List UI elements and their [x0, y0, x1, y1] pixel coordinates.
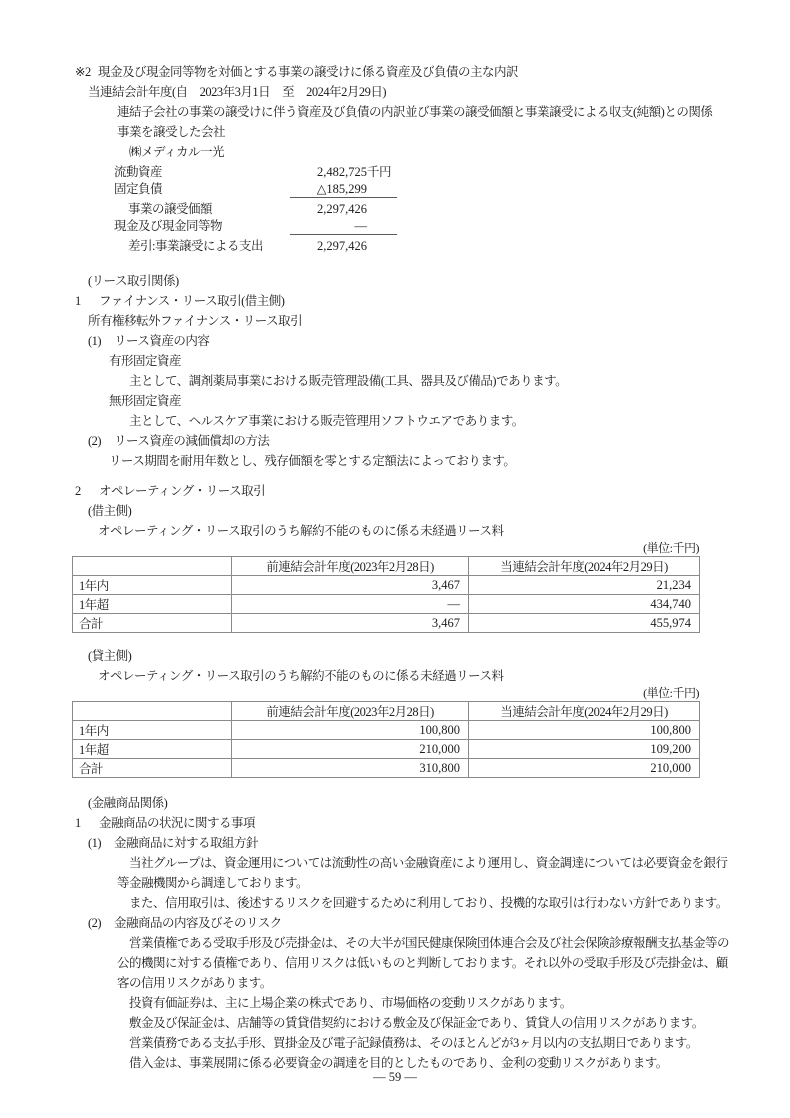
- intangible-assets-heading: 無形固定資産: [72, 391, 732, 411]
- risk-paragraph-line: 営業債権である受取手形及び売掛金は、その大半が国民健康保険団体連合会及び社会保険…: [72, 933, 732, 953]
- breakdown-row: 流動資産 2,482,725千円: [72, 164, 732, 181]
- table-cell: 210,000: [232, 740, 469, 759]
- operating-lease-heading: 2オペレーティング・リース取引: [72, 481, 732, 501]
- item-number: (2): [88, 913, 114, 933]
- row-label: 1年内: [73, 721, 232, 740]
- item-number: (1): [88, 331, 114, 351]
- policy-paragraph-line: また、信用取引は、後述するリスクを回避するために利用しており、投機的な取引は行わ…: [72, 893, 732, 913]
- page-content: ※2現金及び現金同等物を対価とする事業の譲受けに係る資産及び負債の主な内訳 当連…: [72, 62, 732, 1073]
- intangible-assets-text: 主として、ヘルスケア事業における販売管理用ソフトウエアであります。: [72, 411, 732, 431]
- risk-paragraph-line: 営業債務である支払手形、買掛金及び電子記録債務は、そのほとんどが3ヶ月以内の支払…: [72, 1033, 732, 1053]
- breakdown-label: 差引:事業譲受による支出: [128, 238, 263, 255]
- operating-lease-borrower-table: 前連結会計年度(2023年2月28日) 当連結会計年度(2024年2月29日) …: [72, 556, 700, 633]
- column-header-current-year: 当連結会計年度(2024年2月29日): [469, 557, 700, 576]
- row-label: 合計: [73, 759, 232, 778]
- financial-item2-heading: (2)金融商品の内容及びそのリスク: [72, 913, 732, 933]
- table-cell: 3,467: [232, 576, 469, 595]
- financial-status-heading: 1金融商品の状況に関する事項: [72, 813, 732, 833]
- transfer-note-title: 現金及び現金同等物を対価とする事業の譲受けに係る資産及び負債の主な内訳: [98, 65, 518, 79]
- risk-paragraph-line: 公的機関に対する債権であり、信用リスクは低いものと判断しております。それ以外の受…: [72, 953, 732, 973]
- table-corner-cell: [73, 702, 232, 721]
- table-cell: ―: [232, 595, 469, 614]
- item-number: (2): [88, 431, 114, 451]
- breakdown-value: 2,297,426: [290, 201, 367, 218]
- finance-lease-subheading: 所有権移転外ファイナンス・リース取引: [72, 311, 732, 331]
- acquired-company-name: ㈱メディカル一光: [72, 142, 732, 162]
- item-number: 1: [75, 813, 99, 833]
- column-header-previous-year: 前連結会計年度(2023年2月28日): [232, 702, 469, 721]
- item-number: 2: [75, 481, 99, 501]
- lease-section-heading: (リース取引関係): [72, 271, 732, 291]
- table-cell: 100,800: [232, 721, 469, 740]
- financial-section-heading: (金融商品関係): [72, 793, 732, 813]
- policy-paragraph-line: 当社グループは、資金運用については流動性の高い金融資産により運用し、資金調達につ…: [72, 853, 732, 873]
- breakdown-label: 事業の譲受価額: [128, 201, 212, 218]
- breakdown-row: 現金及び現金同等物 ―: [72, 218, 732, 238]
- table-row: 合計 310,800 210,000: [73, 759, 700, 778]
- unit-label: (単位:千円): [72, 687, 699, 700]
- risk-paragraph-line: 敷金及び保証金は、店舗等の賃貸借契約における敷金及び保証金であり、賃貸人の信用リ…: [72, 1013, 732, 1033]
- table-row: 1年超 210,000 109,200: [73, 740, 700, 759]
- table-row: 合計 3,467 455,974: [73, 614, 700, 633]
- row-label: 1年超: [73, 595, 232, 614]
- breakdown-row: 固定負債 △185,299: [72, 181, 732, 201]
- breakdown-value: △185,299: [290, 181, 367, 197]
- item-number: (1): [88, 833, 114, 853]
- breakdown-row: 差引:事業譲受による支出 2,297,426: [72, 238, 732, 255]
- table-row: 1年内 3,467 21,234: [73, 576, 700, 595]
- table-row: 1年内 100,800 100,800: [73, 721, 700, 740]
- lease-item1-heading: (1)リース資産の内容: [72, 331, 732, 351]
- risk-paragraph-line: 客の信用リスクがあります。: [72, 973, 732, 993]
- transfer-breakdown: 流動資産 2,482,725千円 固定負債 △185,299 事業の譲受価額 2…: [72, 164, 732, 255]
- page-number: ― 59 ―: [0, 1070, 790, 1085]
- tangible-assets-text: 主として、調剤薬局事業における販売管理設備(工具、器具及び備品)であります。: [72, 371, 732, 391]
- transfer-note-heading: ※2現金及び現金同等物を対価とする事業の譲受けに係る資産及び負債の主な内訳: [72, 62, 732, 82]
- noncancellable-lease-note: オペレーティング・リース取引のうち解約不能のものに係る未経過リース料: [72, 521, 732, 541]
- row-label: 合計: [73, 614, 232, 633]
- table-cell: 100,800: [469, 721, 700, 740]
- lessor-side-label: (貸主側): [72, 646, 732, 666]
- breakdown-row: 事業の譲受価額 2,297,426: [72, 201, 732, 218]
- finance-lease-heading: 1ファイナンス・リース取引(借主側): [72, 291, 732, 311]
- policy-paragraph-line: 等金融機関から調達しております。: [72, 873, 732, 893]
- financial-item1-heading: (1)金融商品に対する取組方針: [72, 833, 732, 853]
- breakdown-value: 2,482,725: [290, 164, 367, 181]
- table-header-row: 前連結会計年度(2023年2月28日) 当連結会計年度(2024年2月29日): [73, 557, 700, 576]
- row-label: 1年超: [73, 740, 232, 759]
- breakdown-value: ―: [290, 218, 367, 234]
- item-number: 1: [75, 291, 99, 311]
- document-page: ※2現金及び現金同等物を対価とする事業の譲受けに係る資産及び負債の主な内訳 当連…: [0, 0, 790, 1118]
- breakdown-label: 固定負債: [114, 181, 162, 198]
- column-header-current-year: 当連結会計年度(2024年2月29日): [469, 702, 700, 721]
- breakdown-unit: 千円: [367, 164, 397, 181]
- breakdown-label: 流動資産: [114, 164, 162, 181]
- table-cell: 434,740: [469, 595, 700, 614]
- operating-lease-lessor-table: 前連結会計年度(2023年2月28日) 当連結会計年度(2024年2月29日) …: [72, 701, 700, 778]
- table-cell: 109,200: [469, 740, 700, 759]
- table-cell: 310,800: [232, 759, 469, 778]
- table-cell: 455,974: [469, 614, 700, 633]
- note-mark: ※2: [75, 62, 98, 82]
- transfer-description: 連結子会社の事業の譲受けに伴う資産及び負債の内訳並び事業の譲受価額と事業譲受によ…: [72, 102, 732, 122]
- borrower-side-label: (借主側): [72, 501, 732, 521]
- table-corner-cell: [73, 557, 232, 576]
- table-cell: 21,234: [469, 576, 700, 595]
- table-row: 1年超 ― 434,740: [73, 595, 700, 614]
- row-label: 1年内: [73, 576, 232, 595]
- noncancellable-lease-note: オペレーティング・リース取引のうち解約不能のものに係る未経過リース料: [72, 666, 732, 686]
- table-cell: 3,467: [232, 614, 469, 633]
- acquired-company-label: 事業を譲受した会社: [72, 122, 732, 142]
- risk-paragraph-line: 投資有価証券は、主に上場企業の株式であり、市場価格の変動リスクがあります。: [72, 993, 732, 1013]
- lease-item2-heading: (2)リース資産の減価償却の方法: [72, 431, 732, 451]
- breakdown-label: 現金及び現金同等物: [114, 218, 222, 235]
- unit-label: (単位:千円): [72, 542, 699, 555]
- fiscal-period-line: 当連結会計年度(自 2023年3月1日 至 2024年2月29日): [72, 82, 732, 102]
- column-header-previous-year: 前連結会計年度(2023年2月28日): [232, 557, 469, 576]
- tangible-assets-heading: 有形固定資産: [72, 351, 732, 371]
- table-header-row: 前連結会計年度(2023年2月28日) 当連結会計年度(2024年2月29日): [73, 702, 700, 721]
- depreciation-method-text: リース期間を耐用年数とし、残存価額を零とする定額法によっております。: [72, 451, 732, 471]
- breakdown-value: 2,297,426: [290, 238, 367, 255]
- table-cell: 210,000: [469, 759, 700, 778]
